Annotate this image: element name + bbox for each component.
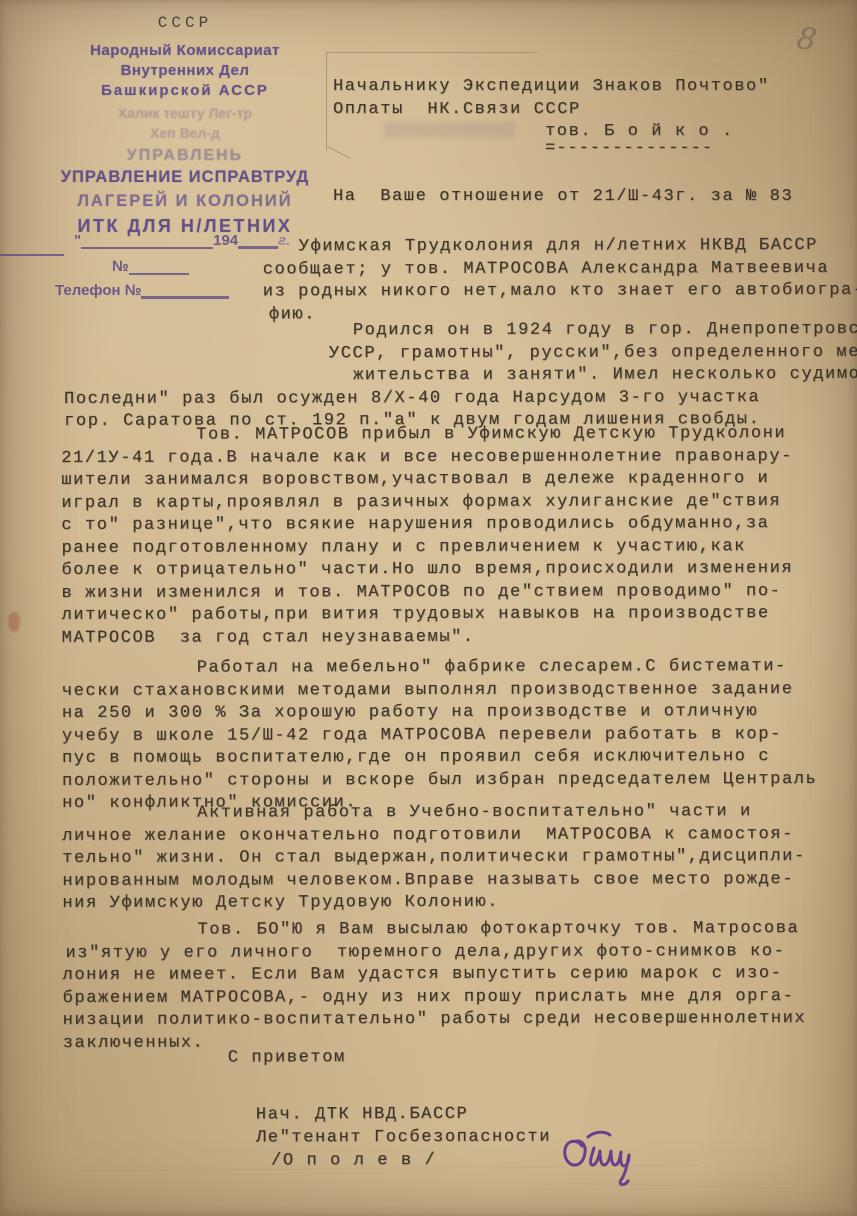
- paragraph: Тов. МАТРОСОВ прибыл в Уфимскую Детскую …: [61, 423, 857, 650]
- body-line: более к отрицательно" части.Но шло время…: [61, 558, 857, 583]
- letter-body: Уфимская Трудколония для н/летних НКВД Б…: [0, 0, 857, 1]
- body-line: сообщает; у тов. МАТРОСОВА Александра Ма…: [263, 257, 857, 281]
- rust-stain: [8, 612, 20, 632]
- body-line: Работал на мебельно" фабрике слесарем.С …: [197, 656, 857, 680]
- body-line: Родился он в 1924 году в гор. Днепропетр…: [353, 319, 857, 343]
- paragraph: Родился он в 1924 году в гор. Днепропетр…: [61, 319, 857, 434]
- paper-crease: [621, 43, 857, 78]
- paragraph: Тов. БО"Ю я Вам высылаю фотокарточку тов…: [62, 918, 857, 1055]
- paragraph: Работал на мебельно" фабрике слесарем.С …: [62, 656, 857, 816]
- letterhead-org-line: Народный Комиссариат: [40, 42, 330, 59]
- body-line: пус в помощь воспитателю,где он проявил …: [62, 746, 857, 771]
- letterhead-dept-line: УПРАВЛЕНИЕ ИСПРАВТРУД: [20, 168, 350, 187]
- letterhead-org-line: Внутренних Дел: [40, 62, 330, 79]
- recipient-underline: =--------------: [545, 138, 770, 161]
- body-line: лония не имеет. Если Вам удастся выпусти…: [63, 963, 857, 988]
- form-underline-stub: [0, 240, 64, 256]
- recipient-line: Оплаты НК.Связи СССР: [333, 99, 770, 122]
- letterhead-bashkir-line: Хеп Вел-д: [40, 125, 330, 141]
- body-line: нированным молодым человеком.Вправе назы…: [62, 868, 857, 893]
- body-line: ранее подготовленному плану и с превличе…: [61, 535, 857, 560]
- body-line: заключенных.: [63, 1030, 857, 1055]
- closing-salutation: С приветом: [228, 1047, 346, 1070]
- body-line: МАТРОСОВ за год стал неузнаваемы".: [62, 625, 857, 650]
- body-line: на 250 и 300 % За хорошую работу на прои…: [62, 701, 857, 726]
- paragraph: Активная работа в Учебно-воспитательно" …: [62, 801, 857, 916]
- body-line: Последни" раз был осужден 8/Х-40 года На…: [64, 386, 857, 411]
- document-page: 8 СССР Народный Комиссариат Внутренних Д…: [0, 0, 857, 1216]
- body-line: Тов. БО"Ю я Вам высылаю фотокарточку тов…: [197, 918, 857, 942]
- pencil-page-number: 8: [794, 21, 819, 59]
- handwritten-signature: [558, 1126, 668, 1202]
- signature-block: Нач. ДТК НВД.БАССР Ле"тенант Госбезопасн…: [256, 1103, 551, 1173]
- letterhead-org-line: Башкирской АССР: [40, 82, 330, 99]
- body-line: 21/1У-41 года.В начале как и все несовер…: [61, 445, 857, 470]
- letterhead-dept-line: ЛАГЕРЕЙ И КОЛОНИЙ: [40, 192, 330, 211]
- paper-crease: [748, 0, 750, 210]
- body-line: чески стахановскими методами выполнял пр…: [62, 678, 857, 703]
- body-line: жительства и заняти". Имел несколько суд…: [353, 364, 857, 388]
- body-line: Уфимская Трудколония для н/летних НКВД Б…: [299, 235, 857, 259]
- body-line: с то" разнице",что всякие нарушения пров…: [61, 513, 857, 538]
- body-line: Активная работа в Учебно-воспитательно" …: [197, 801, 857, 825]
- body-line: из родных никого нет,мало кто знает его …: [263, 280, 857, 304]
- body-line: бражением МАТРОСОВА,- одну из них прошу …: [63, 985, 857, 1010]
- body-line: литическо" работы,при вития трудовых нав…: [62, 603, 857, 628]
- signer-title: Нач. ДТК НВД.БАССР: [256, 1103, 551, 1127]
- body-line: играл в карты,проявлял в разичных формах…: [61, 490, 857, 515]
- body-line: УССР, грамотны", русски",без определенно…: [329, 341, 857, 365]
- body-line: ния Уфимскую Детску Трудовую Колонию.: [62, 891, 857, 916]
- ink-ghost-smudge: [383, 122, 515, 138]
- paragraph: Уфимская Трудколония для н/летних НКВД Б…: [61, 235, 857, 327]
- body-line: низации политико-воспитательно" работы с…: [63, 1008, 857, 1033]
- body-line: личное желание окончательно подготовили …: [62, 823, 857, 848]
- letterhead-bashkir-line: Халик тешту Лег-тр: [40, 105, 330, 121]
- body-line: положительно" стороны и вскоре был избра…: [62, 768, 857, 793]
- body-line: в жизни изменился и тов. МАТРОСОВ по де"…: [62, 580, 857, 605]
- body-line: шители занимался воровством,участвовал в…: [61, 468, 857, 493]
- letterhead-country: СССР: [40, 14, 330, 32]
- recipient-block: Начальнику Экспедиции Знаков Почтово" Оп…: [333, 76, 770, 160]
- body-line: учебу в школе 15/Ш-42 года МАТРОСОВА пер…: [62, 723, 857, 748]
- body-line: тельно" жизни. Он стал выдержан,политиче…: [62, 846, 857, 871]
- recipient-line: Начальнику Экспедиции Знаков Почтово": [333, 76, 770, 99]
- body-line: из"ятую у его личного тюремного дела,дру…: [65, 940, 857, 965]
- reference-line: На Ваше отношение от 21/Ш-43г. за № 83: [333, 186, 793, 209]
- signer-rank: Ле"тенант Госбезопасности: [256, 1126, 551, 1150]
- body-line: Тов. МАТРОСОВ прибыл в Уфимскую Детскую …: [196, 423, 857, 447]
- letterhead-dept-line: УПРАВЛЕНЬ: [40, 147, 330, 165]
